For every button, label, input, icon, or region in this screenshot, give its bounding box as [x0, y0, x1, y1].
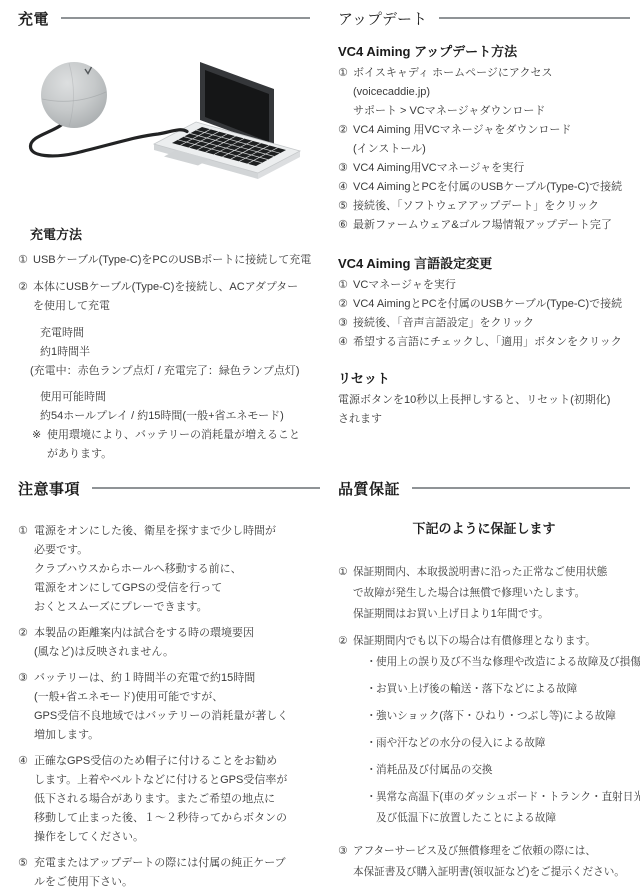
text-line: 電源をオンにした後、衛星を探すまで少し時間が — [34, 522, 320, 541]
item-marker: ③ — [18, 669, 34, 688]
item-text: 接続後、「ソフトウェアアップデート」をクリック — [353, 197, 630, 216]
item-marker: ③ — [338, 159, 353, 178]
item-marker: ① — [18, 522, 34, 541]
item-marker: ① — [18, 251, 33, 270]
item-marker: ③ — [338, 841, 353, 862]
section-charging: 充電 — [18, 8, 310, 464]
header-rule — [412, 487, 630, 489]
item-marker: ② — [338, 295, 353, 314]
list-item: ⑥最新ファームウェア&ゴルフ場情報アップデート完了 — [338, 216, 630, 235]
text-line: 強いショック(落下・ひねり・つぶし等)による故障 — [376, 706, 630, 727]
update-steps-list: ①ボイスキャディ ホームページにアクセス(voicecaddie.jp)サポート… — [338, 64, 630, 235]
item-marker: ⑤ — [338, 197, 353, 216]
text-line: (風など)は反映されません。 — [34, 643, 320, 662]
text-line: 本保証書及び購入証明書(領収証など)をご提示ください。 — [353, 862, 630, 883]
section-precautions: 注意事項 ①電源をオンにした後、衛星を探すまで少し時間が必要です。クラブハウスか… — [18, 478, 320, 892]
text-line: で故障が発生した場合は無償で修理いたします。 — [353, 583, 630, 604]
text-line: お買い上げ後の輸送・落下などによる故障 — [376, 679, 630, 700]
header-rule — [439, 17, 630, 19]
item-marker: ・ — [366, 679, 376, 700]
list-item: ・異常な高温下(車のダッシュボード・トランク・直射日光)及び低温下に放置したこと… — [366, 787, 630, 829]
text-line: 使用可能時間 — [40, 388, 310, 407]
list-item: ②保証期間内でも以下の場合は有償修理となります。・使用上の誤り及び不当な修理や改… — [338, 631, 630, 835]
item-marker: ④ — [18, 752, 34, 771]
text-line: 保証期間はお買い上げ日より1年間です。 — [353, 604, 630, 625]
text-line: (voicecaddie.jp) — [353, 83, 630, 102]
text-line: GPS受信不良地域ではバッテリーの消耗量が著しく — [34, 707, 320, 726]
text-line: ボイスキャディ ホームページにアクセス — [353, 64, 630, 83]
item-marker: ② — [338, 121, 353, 140]
info-block: 充電時間約1時間半(充電中：赤色ランプ点灯 / 充電完了：緑色ランプ点灯) — [18, 324, 310, 381]
text-line: 充電時間 — [40, 324, 310, 343]
list-item: ③バッテリーは、約１時間半の充電で約15時間(一般+省エネモード)使用可能ですが… — [18, 669, 320, 745]
text-line: (充電中：赤色ランプ点灯 / 充電完了：緑色ランプ点灯) — [30, 362, 310, 381]
list-item: ③VC4 Aiming用VCマネージャを実行 — [338, 159, 630, 178]
item-text: 電源をオンにした後、衛星を探すまで少し時間が必要です。クラブハウスからホールへ移… — [34, 522, 320, 617]
section-header: 品質保証 — [338, 478, 630, 498]
item-marker: ② — [338, 631, 353, 652]
item-marker: ・ — [366, 787, 376, 808]
item-text: バッテリーは、約１時間半の充電で約15時間(一般+省エネモード)使用可能ですが、… — [34, 669, 320, 745]
update-method-subsection: VC4 Aiming アップデート方法 ①ボイスキャディ ホームページにアクセス… — [338, 41, 630, 235]
item-text: 正確なGPS受信のため帽子に付けることをお勧めします。上着やベルトなどに付けると… — [34, 752, 320, 847]
item-text: 保証期間内でも以下の場合は有償修理となります。・使用上の誤り及び不当な修理や改造… — [353, 631, 630, 835]
section-update: アップデート VC4 Aiming アップデート方法 ①ボイスキャディ ホームペ… — [338, 8, 630, 429]
list-item: ①ボイスキャディ ホームページにアクセス(voicecaddie.jp)サポート… — [338, 64, 630, 121]
list-item: ②本体にUSBケーブル(Type-C)を接続し、ACアダプターを使用して充電 — [18, 278, 310, 316]
text-line: 増加します。 — [34, 726, 320, 745]
section-warranty: 品質保証 下記のように保証します ①保証期間内、本取扱説明書に沿った正常なご使用… — [338, 478, 630, 889]
text-line: VC4 Aiming 用VCマネージャをダウンロード — [353, 121, 630, 140]
text-line: 保証期間内、本取扱説明書に沿った正常なご使用状態 — [353, 562, 630, 583]
item-text: VC4 AimingとPCを付属のUSBケーブル(Type-C)で接続 — [353, 295, 630, 314]
item-text: アフターサービス及び無償修理をご依頼の際には、本保証書及び購入証明書(領収証など… — [353, 841, 630, 883]
note-text: 使用環境により、バッテリーの消耗量が増えることがあります。 — [47, 426, 310, 464]
item-text: 本製品の距離案内は試合をする時の環境要因(風など)は反映されません。 — [34, 624, 320, 662]
item-text: 本体にUSBケーブル(Type-C)を接続し、ACアダプターを使用して充電 — [33, 278, 310, 316]
text-line: 希望する言語にチェックし、「適用」ボタンをクリック — [353, 333, 630, 352]
text-line: 正確なGPS受信のため帽子に付けることをお勧め — [34, 752, 320, 771]
precaution-list: ①電源をオンにした後、衛星を探すまで少し時間が必要です。クラブハウスからホールへ… — [18, 522, 320, 892]
text-line: (一般+省エネモード)使用可能ですが、 — [34, 688, 320, 707]
item-marker: ④ — [338, 333, 353, 352]
note-item: ※使用環境により、バッテリーの消耗量が増えることがあります。 — [32, 426, 310, 464]
item-marker: ⑤ — [18, 854, 34, 873]
text-line: 操作をしてください。 — [34, 828, 320, 847]
item-text: 接続後、「音声言語設定」をクリック — [353, 314, 630, 333]
warranty-list: ①保証期間内、本取扱説明書に沿った正常なご使用状態で故障が発生した場合は無償で修… — [338, 562, 630, 883]
list-item: ⑤接続後、「ソフトウェアアップデート」をクリック — [338, 197, 630, 216]
text-line: バッテリーは、約１時間半の充電で約15時間 — [34, 669, 320, 688]
subsection-heading: リセット — [338, 368, 630, 387]
item-marker: ① — [338, 64, 353, 83]
text-line: USBケーブル(Type-C)をPCのUSBポートに接続して充電 — [33, 251, 310, 270]
device-laptop-illustration — [18, 54, 310, 206]
text-line: 消耗品及び付属品の交換 — [376, 760, 630, 781]
note-marker: ※ — [32, 426, 47, 464]
text-line: サポート > VCマネージャダウンロード — [353, 102, 630, 121]
subsection-heading: VC4 Aiming アップデート方法 — [338, 41, 630, 60]
item-text: USBケーブル(Type-C)をPCのUSBポートに接続して充電 — [33, 251, 310, 270]
item-text: 最新ファームウェア&ゴルフ場情報アップデート完了 — [353, 216, 630, 235]
list-item: ④希望する言語にチェックし、「適用」ボタンをクリック — [338, 333, 630, 352]
item-marker: ② — [18, 278, 33, 297]
info-block: 使用可能時間約54ホールプレイ / 約15時間(一般+省エネモード)※使用環境に… — [18, 388, 310, 464]
list-item: ②本製品の距離案内は試合をする時の環境要因(風など)は反映されません。 — [18, 624, 320, 662]
item-marker: ・ — [366, 760, 376, 781]
text-line: 約54ホールプレイ / 約15時間(一般+省エネモード) — [40, 407, 310, 426]
item-text: 充電またはアップデートの際には付属の純正ケーブルをご使用下さい。 — [34, 854, 320, 892]
list-item: ④正確なGPS受信のため帽子に付けることをお勧めします。上着やベルトなどに付ける… — [18, 752, 320, 847]
text-line: 最新ファームウェア&ゴルフ場情報アップデート完了 — [353, 216, 630, 235]
text-line: 及び低温下に放置したことによる故障 — [376, 808, 630, 829]
item-text: お買い上げ後の輸送・落下などによる故障 — [376, 679, 630, 700]
header-rule — [61, 17, 310, 19]
item-text: 強いショック(落下・ひねり・つぶし等)による故障 — [376, 706, 630, 727]
text-line: 充電またはアップデートの際には付属の純正ケーブ — [34, 854, 320, 873]
item-text: 使用上の誤り及び不当な修理や改造による故障及び損傷 — [376, 652, 630, 673]
list-item: ・使用上の誤り及び不当な修理や改造による故障及び損傷 — [366, 652, 630, 673]
text-line: を使用して充電 — [33, 297, 310, 316]
bullet-list: ・使用上の誤り及び不当な修理や改造による故障及び損傷・お買い上げ後の輸送・落下な… — [366, 652, 630, 829]
warranty-subtitle: 下記のように保証します — [338, 518, 630, 537]
item-marker: ② — [18, 624, 34, 643]
list-item: ・消耗品及び付属品の交換 — [366, 760, 630, 781]
text-line: があります。 — [47, 445, 310, 464]
list-item: ②VC4 Aiming 用VCマネージャをダウンロード(インストール) — [338, 121, 630, 159]
charging-info-list: 充電時間約1時間半(充電中：赤色ランプ点灯 / 充電完了：緑色ランプ点灯)使用可… — [18, 324, 310, 464]
section-title: アップデート — [338, 8, 427, 29]
text-line: VCマネージャを実行 — [353, 276, 630, 295]
list-item: ・雨や汗などの水分の侵入による故障 — [366, 733, 630, 754]
text-line: 電源をオンにしてGPSの受信を行って — [34, 579, 320, 598]
item-text: VC4 AimingとPCを付属のUSBケーブル(Type-C)で接続 — [353, 178, 630, 197]
subsection-heading: VC4 Aiming 言語設定変更 — [338, 253, 630, 272]
charging-steps-list: ①USBケーブル(Type-C)をPCのUSBポートに接続して充電②本体にUSB… — [18, 251, 310, 316]
text-line: 雨や汗などの水分の侵入による故障 — [376, 733, 630, 754]
gps-ball-device — [41, 62, 107, 128]
text-line: 使用上の誤り及び不当な修理や改造による故障及び損傷 — [376, 652, 630, 673]
text-line: 保証期間内でも以下の場合は有償修理となります。 — [353, 631, 630, 652]
text-line: (インストール) — [353, 140, 630, 159]
text-line: アフターサービス及び無償修理をご依頼の際には、 — [353, 841, 630, 862]
text-line: 接続後、「ソフトウェアアップデート」をクリック — [353, 197, 630, 216]
text-line: クラブハウスからホールへ移動する前に、 — [34, 560, 320, 579]
item-marker: ・ — [366, 652, 376, 673]
list-item: ④VC4 AimingとPCを付属のUSBケーブル(Type-C)で接続 — [338, 178, 630, 197]
item-text: 希望する言語にチェックし、「適用」ボタンをクリック — [353, 333, 630, 352]
text-line: ルをご使用下さい。 — [34, 873, 320, 892]
reset-subsection: リセット 電源ボタンを10秒以上長押しすると、リセット(初期化)されます — [338, 368, 630, 429]
list-item: ③接続後、「音声言語設定」をクリック — [338, 314, 630, 333]
item-marker: ① — [338, 562, 353, 583]
text-line: 使用環境により、バッテリーの消耗量が増えること — [47, 426, 310, 445]
item-text: ボイスキャディ ホームページにアクセス(voicecaddie.jp)サポート … — [353, 64, 630, 121]
section-title: 充電 — [18, 8, 49, 29]
text-line: 移動して止まった後、１～２秒待ってからボタンの — [34, 809, 320, 828]
text-line: 接続後、「音声言語設定」をクリック — [353, 314, 630, 333]
item-marker: ⑥ — [338, 216, 353, 235]
item-text: VCマネージャを実行 — [353, 276, 630, 295]
section-header: アップデート — [338, 8, 630, 28]
item-text: 異常な高温下(車のダッシュボード・トランク・直射日光)及び低温下に放置したことに… — [376, 787, 630, 829]
text-line: 低下される場合があります。またご希望の地点に — [34, 790, 320, 809]
item-text: 雨や汗などの水分の侵入による故障 — [376, 733, 630, 754]
text-line: 約1時間半 — [40, 343, 310, 362]
charging-method-heading: 充電方法 — [18, 224, 310, 243]
section-title: 品質保証 — [338, 478, 400, 499]
laptop — [154, 62, 300, 179]
item-marker: ④ — [338, 178, 353, 197]
list-item: ・お買い上げ後の輸送・落下などによる故障 — [366, 679, 630, 700]
text-line: VC4 AimingとPCを付属のUSBケーブル(Type-C)で接続 — [353, 295, 630, 314]
language-setting-subsection: VC4 Aiming 言語設定変更 ①VCマネージャを実行②VC4 Aiming… — [338, 253, 630, 352]
section-title: 注意事項 — [18, 478, 80, 499]
item-text: VC4 Aiming 用VCマネージャをダウンロード(インストール) — [353, 121, 630, 159]
reset-paragraph: 電源ボタンを10秒以上長押しすると、リセット(初期化)されます — [338, 391, 630, 429]
item-marker: ・ — [366, 733, 376, 754]
list-item: ①USBケーブル(Type-C)をPCのUSBポートに接続して充電 — [18, 251, 310, 270]
list-item: ①保証期間内、本取扱説明書に沿った正常なご使用状態で故障が発生した場合は無償で修… — [338, 562, 630, 625]
item-text: VC4 Aiming用VCマネージャを実行 — [353, 159, 630, 178]
text-line: 異常な高温下(車のダッシュボード・トランク・直射日光) — [376, 787, 630, 808]
list-item: ①電源をオンにした後、衛星を探すまで少し時間が必要です。クラブハウスからホールへ… — [18, 522, 320, 617]
section-header: 注意事項 — [18, 478, 320, 498]
list-item: ①VCマネージャを実行 — [338, 276, 630, 295]
text-line: 本体にUSBケーブル(Type-C)を接続し、ACアダプター — [33, 278, 310, 297]
text-line: 電源ボタンを10秒以上長押しすると、リセット(初期化) — [338, 391, 630, 410]
language-steps-list: ①VCマネージャを実行②VC4 AimingとPCを付属のUSBケーブル(Typ… — [338, 276, 630, 352]
text-line: VC4 Aiming用VCマネージャを実行 — [353, 159, 630, 178]
text-line: 本製品の距離案内は試合をする時の環境要因 — [34, 624, 320, 643]
item-marker: ③ — [338, 314, 353, 333]
item-text: 消耗品及び付属品の交換 — [376, 760, 630, 781]
item-marker: ① — [338, 276, 353, 295]
item-text: 保証期間内、本取扱説明書に沿った正常なご使用状態で故障が発生した場合は無償で修理… — [353, 562, 630, 625]
text-line: VC4 AimingとPCを付属のUSBケーブル(Type-C)で接続 — [353, 178, 630, 197]
text-line: 必要です。 — [34, 541, 320, 560]
header-rule — [92, 487, 320, 489]
list-item: ③アフターサービス及び無償修理をご依頼の際には、本保証書及び購入証明書(領収証な… — [338, 841, 630, 883]
list-item: ・強いショック(落下・ひねり・つぶし等)による故障 — [366, 706, 630, 727]
text-line: おくとスムーズにプレーできます。 — [34, 598, 320, 617]
list-item: ⑤充電またはアップデートの際には付属の純正ケーブルをご使用下さい。 — [18, 854, 320, 892]
section-header: 充電 — [18, 8, 310, 28]
list-item: ②VC4 AimingとPCを付属のUSBケーブル(Type-C)で接続 — [338, 295, 630, 314]
text-line: します。上着やベルトなどに付けるとGPS受信率が — [34, 771, 320, 790]
item-marker: ・ — [366, 706, 376, 727]
text-line: されます — [338, 410, 630, 429]
